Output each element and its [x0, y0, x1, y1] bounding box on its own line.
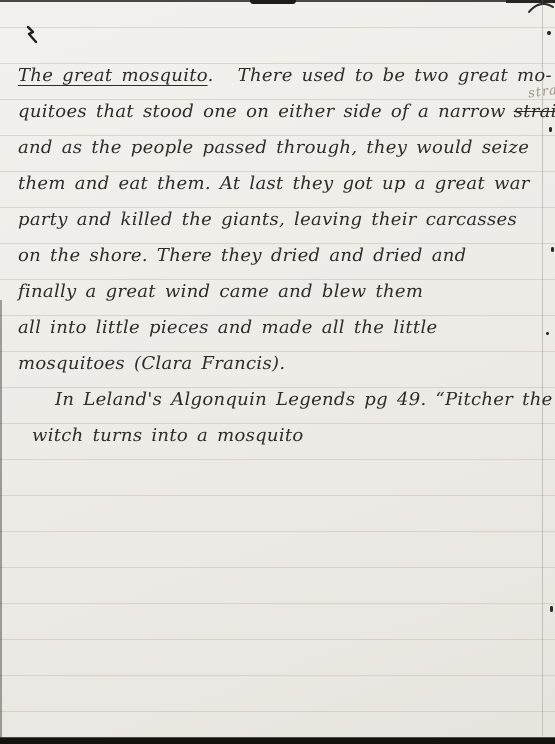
page-bottom-edge — [0, 737, 555, 744]
struck-word: straight — [514, 101, 555, 122]
citation-line-2: witch turns into a mosquito — [18, 418, 542, 454]
story-line-9: mosquitoes (Clara Francis). — [18, 346, 542, 382]
ink-speck — [547, 31, 551, 35]
story-line-5: party and killed the giants, leaving the… — [18, 202, 542, 238]
pen-stroke-top-right-icon — [527, 0, 555, 14]
story-line-1-text: There used to be two great mo- — [238, 65, 552, 86]
story-line-4: them and eat them. At last they got up a… — [18, 166, 542, 202]
story-line-6: on the shore. There they dried and dried… — [18, 238, 542, 274]
ink-speck — [551, 247, 554, 252]
notebook-page: The great mosquito.There used to be two … — [0, 0, 555, 744]
manuscript-text: The great mosquito.There used to be two … — [18, 58, 542, 454]
pencil-correction: strait — [527, 83, 555, 101]
page-top-edge-blob — [250, 0, 296, 4]
ink-speck — [550, 606, 553, 612]
story-line-7: finally a great wind came and blew them — [18, 274, 542, 310]
ink-speck — [549, 127, 552, 132]
story-line-1: The great mosquito.There used to be two … — [18, 58, 542, 94]
story-line-3: and as the people passed through, they w… — [18, 130, 542, 166]
page-left-edge — [0, 300, 2, 738]
story-line-2: quitoes that stood one on either side of… — [18, 94, 542, 130]
story-line-8: all into little pieces and made all the … — [18, 310, 542, 346]
ink-squiggle-icon — [24, 25, 40, 45]
story-line-2-text: quitoes that stood one on either side of… — [18, 101, 506, 122]
title-period: . — [208, 65, 214, 86]
story-title: The great mosquito — [18, 65, 208, 86]
ink-speck — [546, 332, 549, 335]
corrected-word: straightstrait — [514, 101, 555, 122]
citation-line-1: In Leland's Algonquin Legends pg 49. “Pi… — [18, 382, 542, 418]
